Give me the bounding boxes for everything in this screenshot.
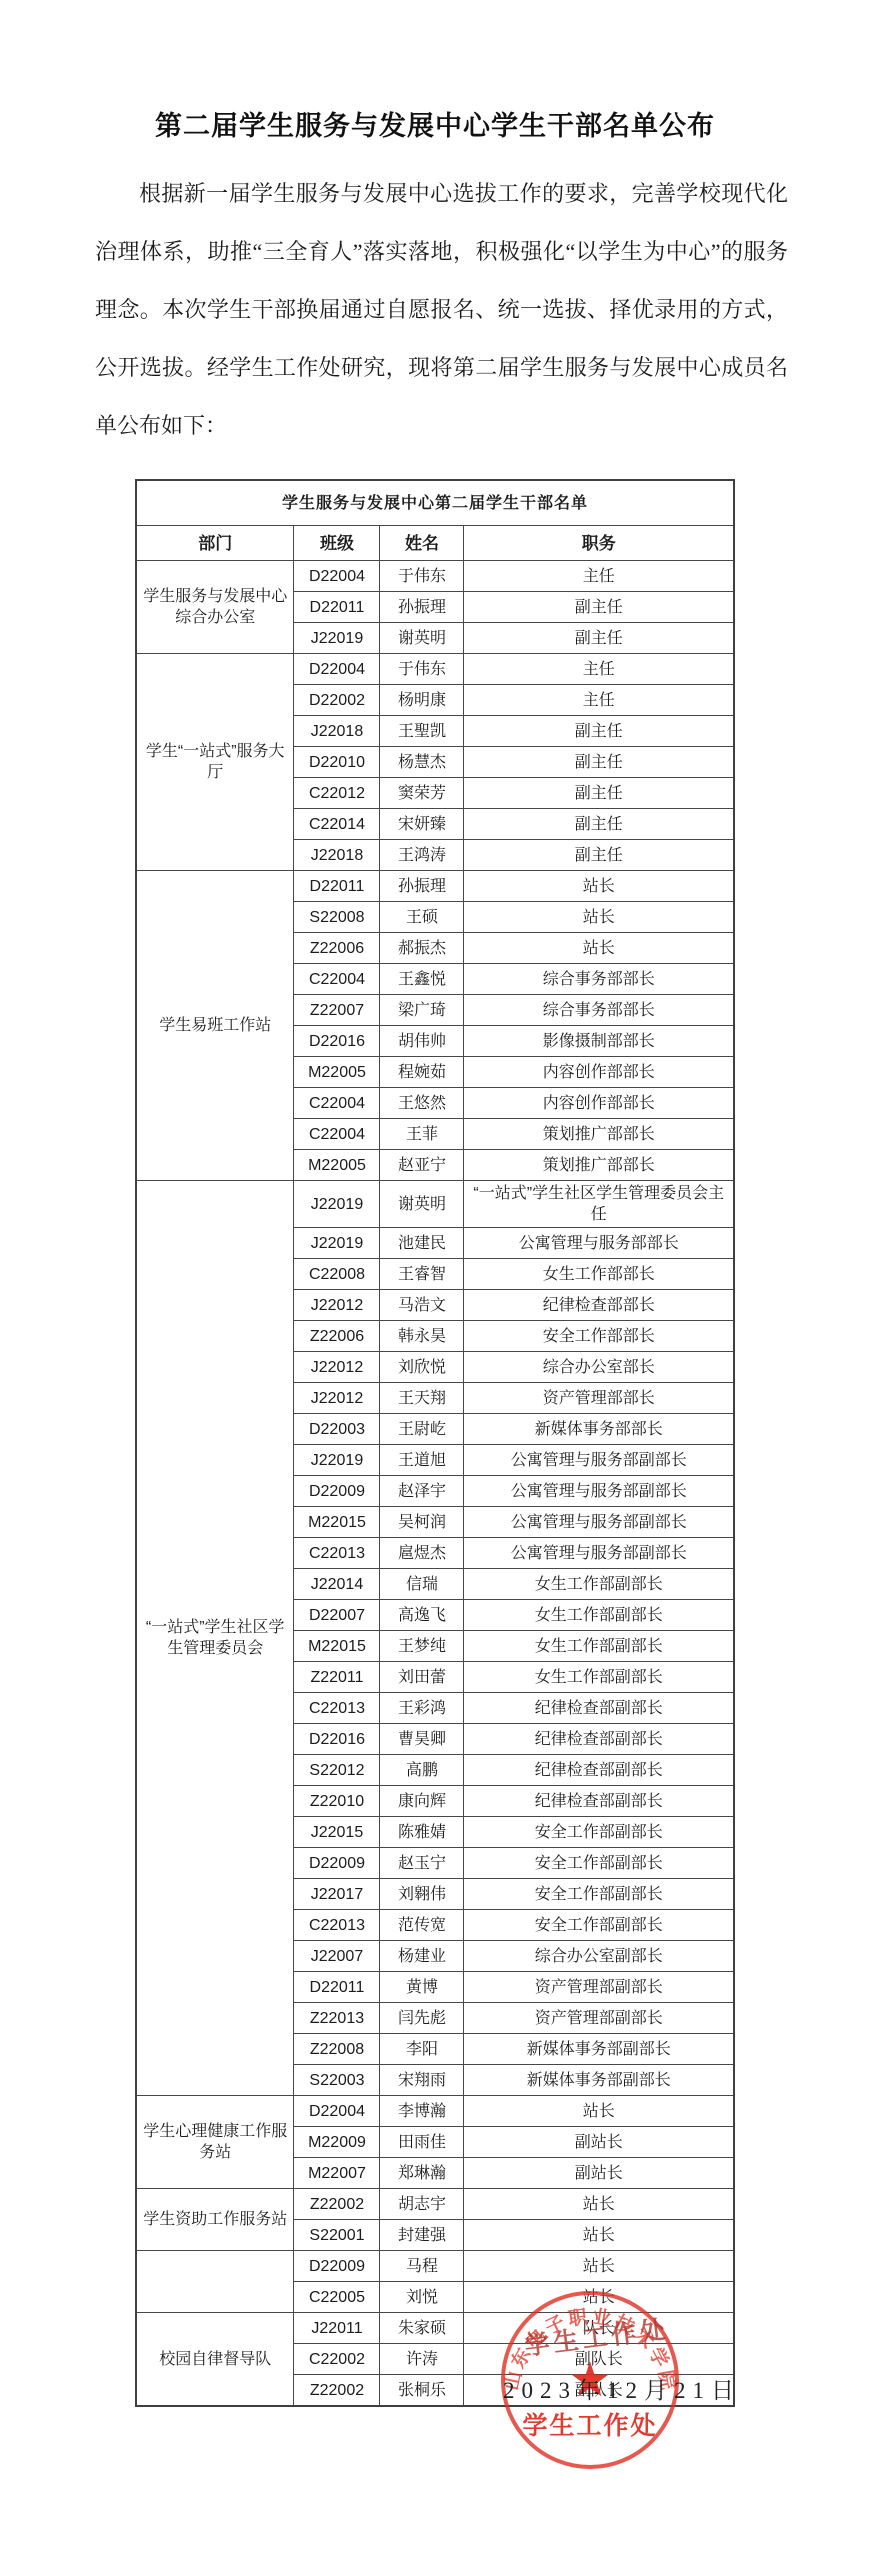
role-cell: 纪律检查部副部长 (464, 1755, 734, 1786)
department-cell: 学生心理健康工作服务站 (136, 2096, 294, 2189)
table-row: 学生易班工作站D22011孙振理站长 (136, 871, 734, 902)
department-cell: 学生资助工作服务站 (136, 2189, 294, 2251)
name-cell: 谢英明 (380, 1181, 464, 1228)
name-cell: 王天翔 (380, 1383, 464, 1414)
class-cell: D22009 (294, 2251, 380, 2282)
class-cell: D22009 (294, 1848, 380, 1879)
class-cell: J22012 (294, 1290, 380, 1321)
name-cell: 王聖凯 (380, 716, 464, 747)
role-cell: 副主任 (464, 623, 734, 654)
table-row: 学生资助工作服务站Z22002胡志宇站长 (136, 2189, 734, 2220)
role-cell: 新媒体事务部副部长 (464, 2065, 734, 2096)
name-cell: 杨建业 (380, 1941, 464, 1972)
name-cell: 王道旭 (380, 1445, 464, 1476)
class-cell: M22007 (294, 2158, 380, 2189)
name-cell: 赵泽宇 (380, 1476, 464, 1507)
class-cell: J22018 (294, 840, 380, 871)
name-cell: 谢英明 (380, 623, 464, 654)
class-cell: Z22002 (294, 2375, 380, 2407)
department-cell (136, 2251, 294, 2313)
name-cell: 许涛 (380, 2344, 464, 2375)
role-cell: 副站长 (464, 2158, 734, 2189)
class-cell: C22005 (294, 2282, 380, 2313)
column-header-class: 班级 (294, 526, 380, 561)
role-cell: 站长 (464, 933, 734, 964)
role-cell: 综合办公室副部长 (464, 1941, 734, 1972)
name-cell: 王彩鸿 (380, 1693, 464, 1724)
class-cell: S22003 (294, 2065, 380, 2096)
name-cell: 程婉茹 (380, 1057, 464, 1088)
name-cell: 马程 (380, 2251, 464, 2282)
class-cell: C22008 (294, 1259, 380, 1290)
name-cell: 王鑫悦 (380, 964, 464, 995)
class-cell: J22012 (294, 1383, 380, 1414)
class-cell: Z22010 (294, 1786, 380, 1817)
role-cell: 安全工作部副部长 (464, 1817, 734, 1848)
table-caption: 学生服务与发展中心第二届学生干部名单 (136, 480, 734, 526)
class-cell: J22019 (294, 1228, 380, 1259)
role-cell: 安全工作部副部长 (464, 1910, 734, 1941)
role-cell: 资产管理部副部长 (464, 2003, 734, 2034)
name-cell: 李博瀚 (380, 2096, 464, 2127)
class-cell: J22019 (294, 623, 380, 654)
role-cell: 综合事务部部长 (464, 964, 734, 995)
class-cell: J22012 (294, 1352, 380, 1383)
class-cell: J22014 (294, 1569, 380, 1600)
table-header-row: 部门 班级 姓名 职务 (136, 526, 734, 561)
role-cell: 内容创作部部长 (464, 1057, 734, 1088)
class-cell: Z22007 (294, 995, 380, 1026)
column-header-role: 职务 (464, 526, 734, 561)
role-cell: 策划推广部部长 (464, 1150, 734, 1181)
role-cell: 主任 (464, 654, 734, 685)
name-cell: 刘翱伟 (380, 1879, 464, 1910)
role-cell: 安全工作部副部长 (464, 1879, 734, 1910)
name-cell: 胡志宇 (380, 2189, 464, 2220)
class-cell: C22014 (294, 809, 380, 840)
class-cell: C22013 (294, 1693, 380, 1724)
roster-body: 学生服务与发展中心第二届学生干部名单 部门 班级 姓名 职务 学生服务与发展中心… (136, 480, 734, 2406)
name-cell: 孙振理 (380, 592, 464, 623)
class-cell: J22019 (294, 1181, 380, 1228)
announcement-document: 第二届学生服务与发展中心学生干部名单公布 根据新一届学生服务与发展中心选拔工作的… (0, 0, 870, 2556)
role-cell: 公寓管理与服务部副部长 (464, 1476, 734, 1507)
name-cell: 陈雅婧 (380, 1817, 464, 1848)
class-cell: D22004 (294, 2096, 380, 2127)
name-cell: 曹昊卿 (380, 1724, 464, 1755)
name-cell: 朱家硕 (380, 2313, 464, 2344)
role-cell: 站长 (464, 2096, 734, 2127)
role-cell: 综合事务部部长 (464, 995, 734, 1026)
role-cell: 纪律检查部副部长 (464, 1693, 734, 1724)
role-cell: 站长 (464, 2220, 734, 2251)
role-cell: 主任 (464, 561, 734, 592)
page-title: 第二届学生服务与发展中心学生干部名单公布 (0, 0, 870, 143)
name-cell: 池建民 (380, 1228, 464, 1259)
name-cell: 杨慧杰 (380, 747, 464, 778)
class-cell: S22001 (294, 2220, 380, 2251)
role-cell: 公寓管理与服务部副部长 (464, 1507, 734, 1538)
name-cell: 高逸飞 (380, 1600, 464, 1631)
table-row: D22009马程站长 (136, 2251, 734, 2282)
class-cell: D22016 (294, 1724, 380, 1755)
role-cell: 综合办公室部长 (464, 1352, 734, 1383)
role-cell: 纪律检查部部长 (464, 1290, 734, 1321)
table-row: 学生“一站式”服务大厅D22004于伟东主任 (136, 654, 734, 685)
role-cell: 安全工作部部长 (464, 1321, 734, 1352)
name-cell: 梁广琦 (380, 995, 464, 1026)
name-cell: 王悠然 (380, 1088, 464, 1119)
name-cell: 王鸿涛 (380, 840, 464, 871)
name-cell: 刘悦 (380, 2282, 464, 2313)
role-cell: 站长 (464, 871, 734, 902)
document-date: 2023年12月21日 (503, 2372, 741, 2405)
role-cell: 站长 (464, 2189, 734, 2220)
role-cell: 女生工作部副部长 (464, 1631, 734, 1662)
class-cell: C22012 (294, 778, 380, 809)
name-cell: 窦荣芳 (380, 778, 464, 809)
role-cell: 副主任 (464, 778, 734, 809)
name-cell: 田雨佳 (380, 2127, 464, 2158)
name-cell: 刘田蕾 (380, 1662, 464, 1693)
intro-paragraph: 根据新一届学生服务与发展中心选拔工作的要求，完善学校现代化治理体系，助推“三全育… (95, 165, 788, 455)
name-cell: 王梦纯 (380, 1631, 464, 1662)
role-cell: 主任 (464, 685, 734, 716)
class-cell: J22018 (294, 716, 380, 747)
role-cell: 公寓管理与服务部部长 (464, 1228, 734, 1259)
roster-table: 学生服务与发展中心第二届学生干部名单 部门 班级 姓名 职务 学生服务与发展中心… (135, 479, 735, 2407)
class-cell: C22004 (294, 964, 380, 995)
class-cell: D22004 (294, 654, 380, 685)
class-cell: M22015 (294, 1507, 380, 1538)
class-cell: M22005 (294, 1150, 380, 1181)
class-cell: C22004 (294, 1088, 380, 1119)
seal-bottom-text: 学生工作处 (522, 2412, 657, 2440)
class-cell: J22019 (294, 1445, 380, 1476)
role-cell: 纪律检查部副部长 (464, 1724, 734, 1755)
class-cell: M22015 (294, 1631, 380, 1662)
role-cell: 策划推广部部长 (464, 1119, 734, 1150)
name-cell: 宋翔雨 (380, 2065, 464, 2096)
class-cell: Z22002 (294, 2189, 380, 2220)
department-cell: 学生易班工作站 (136, 871, 294, 1181)
department-cell: “一站式”学生社区学生管理委员会 (136, 1181, 294, 2096)
table-row: 学生服务与发展中心综合办公室D22004于伟东主任 (136, 561, 734, 592)
name-cell: 王菲 (380, 1119, 464, 1150)
role-cell: 女生工作部副部长 (464, 1569, 734, 1600)
role-cell: 副主任 (464, 840, 734, 871)
name-cell: 胡伟帅 (380, 1026, 464, 1057)
name-cell: 黄博 (380, 1972, 464, 2003)
name-cell: 杨明康 (380, 685, 464, 716)
role-cell: 影像摄制部部长 (464, 1026, 734, 1057)
class-cell: C22002 (294, 2344, 380, 2375)
class-cell: J22017 (294, 1879, 380, 1910)
role-cell: 新媒体事务部部长 (464, 1414, 734, 1445)
class-cell: C22004 (294, 1119, 380, 1150)
role-cell: 副主任 (464, 716, 734, 747)
name-cell: 康向辉 (380, 1786, 464, 1817)
class-cell: J22015 (294, 1817, 380, 1848)
name-cell: 王睿智 (380, 1259, 464, 1290)
role-cell: 资产管理部副部长 (464, 1972, 734, 2003)
class-cell: C22013 (294, 1538, 380, 1569)
table-caption-row: 学生服务与发展中心第二届学生干部名单 (136, 480, 734, 526)
name-cell: 张桐乐 (380, 2375, 464, 2407)
name-cell: 范传宽 (380, 1910, 464, 1941)
name-cell: 赵玉宁 (380, 1848, 464, 1879)
role-cell: 女生工作部部长 (464, 1259, 734, 1290)
class-cell: J22011 (294, 2313, 380, 2344)
column-header-name: 姓名 (380, 526, 464, 561)
class-cell: J22007 (294, 1941, 380, 1972)
role-cell: 纪律检查部副部长 (464, 1786, 734, 1817)
name-cell: 于伟东 (380, 561, 464, 592)
role-cell: 站长 (464, 902, 734, 933)
name-cell: 于伟东 (380, 654, 464, 685)
name-cell: 封建强 (380, 2220, 464, 2251)
class-cell: D22011 (294, 871, 380, 902)
table-row: 学生心理健康工作服务站D22004李博瀚站长 (136, 2096, 734, 2127)
name-cell: 郝振杰 (380, 933, 464, 964)
class-cell: M22005 (294, 1057, 380, 1088)
class-cell: C22013 (294, 1910, 380, 1941)
name-cell: 高鹏 (380, 1755, 464, 1786)
role-cell: 女生工作部副部长 (464, 1662, 734, 1693)
column-header-department: 部门 (136, 526, 294, 561)
name-cell: 闫先彪 (380, 2003, 464, 2034)
role-cell: “一站式”学生社区学生管理委员会主任 (464, 1181, 734, 1228)
class-cell: Z22006 (294, 1321, 380, 1352)
department-cell: 学生“一站式”服务大厅 (136, 654, 294, 871)
role-cell: 副站长 (464, 2127, 734, 2158)
name-cell: 郑琳瀚 (380, 2158, 464, 2189)
department-cell: 学生服务与发展中心综合办公室 (136, 561, 294, 654)
name-cell: 王硕 (380, 902, 464, 933)
role-cell: 公寓管理与服务部副部长 (464, 1538, 734, 1569)
name-cell: 刘欣悦 (380, 1352, 464, 1383)
name-cell: 吴柯润 (380, 1507, 464, 1538)
class-cell: Z22013 (294, 2003, 380, 2034)
name-cell: 信瑞 (380, 1569, 464, 1600)
department-cell: 校园自律督导队 (136, 2313, 294, 2407)
class-cell: D22004 (294, 561, 380, 592)
name-cell: 王尉屹 (380, 1414, 464, 1445)
role-cell: 内容创作部部长 (464, 1088, 734, 1119)
class-cell: S22012 (294, 1755, 380, 1786)
class-cell: Z22008 (294, 2034, 380, 2065)
role-cell: 站长 (464, 2251, 734, 2282)
name-cell: 孙振理 (380, 871, 464, 902)
class-cell: D22002 (294, 685, 380, 716)
role-cell: 公寓管理与服务部副部长 (464, 1445, 734, 1476)
name-cell: 李阳 (380, 2034, 464, 2065)
class-cell: D22011 (294, 1972, 380, 2003)
role-cell: 副主任 (464, 592, 734, 623)
role-cell: 资产管理部部长 (464, 1383, 734, 1414)
name-cell: 马浩文 (380, 1290, 464, 1321)
class-cell: D22009 (294, 1476, 380, 1507)
role-cell: 安全工作部副部长 (464, 1848, 734, 1879)
class-cell: Z22011 (294, 1662, 380, 1693)
role-cell: 新媒体事务部副部长 (464, 2034, 734, 2065)
table-row: “一站式”学生社区学生管理委员会J22019谢英明“一站式”学生社区学生管理委员… (136, 1181, 734, 1228)
class-cell: D22016 (294, 1026, 380, 1057)
role-cell: 副主任 (464, 747, 734, 778)
class-cell: D22010 (294, 747, 380, 778)
class-cell: M22009 (294, 2127, 380, 2158)
class-cell: D22007 (294, 1600, 380, 1631)
class-cell: D22003 (294, 1414, 380, 1445)
role-cell: 女生工作部副部长 (464, 1600, 734, 1631)
class-cell: Z22006 (294, 933, 380, 964)
name-cell: 宋妍臻 (380, 809, 464, 840)
role-cell: 副主任 (464, 809, 734, 840)
class-cell: D22011 (294, 592, 380, 623)
class-cell: S22008 (294, 902, 380, 933)
name-cell: 韩永昊 (380, 1321, 464, 1352)
name-cell: 扈煜杰 (380, 1538, 464, 1569)
name-cell: 赵亚宁 (380, 1150, 464, 1181)
